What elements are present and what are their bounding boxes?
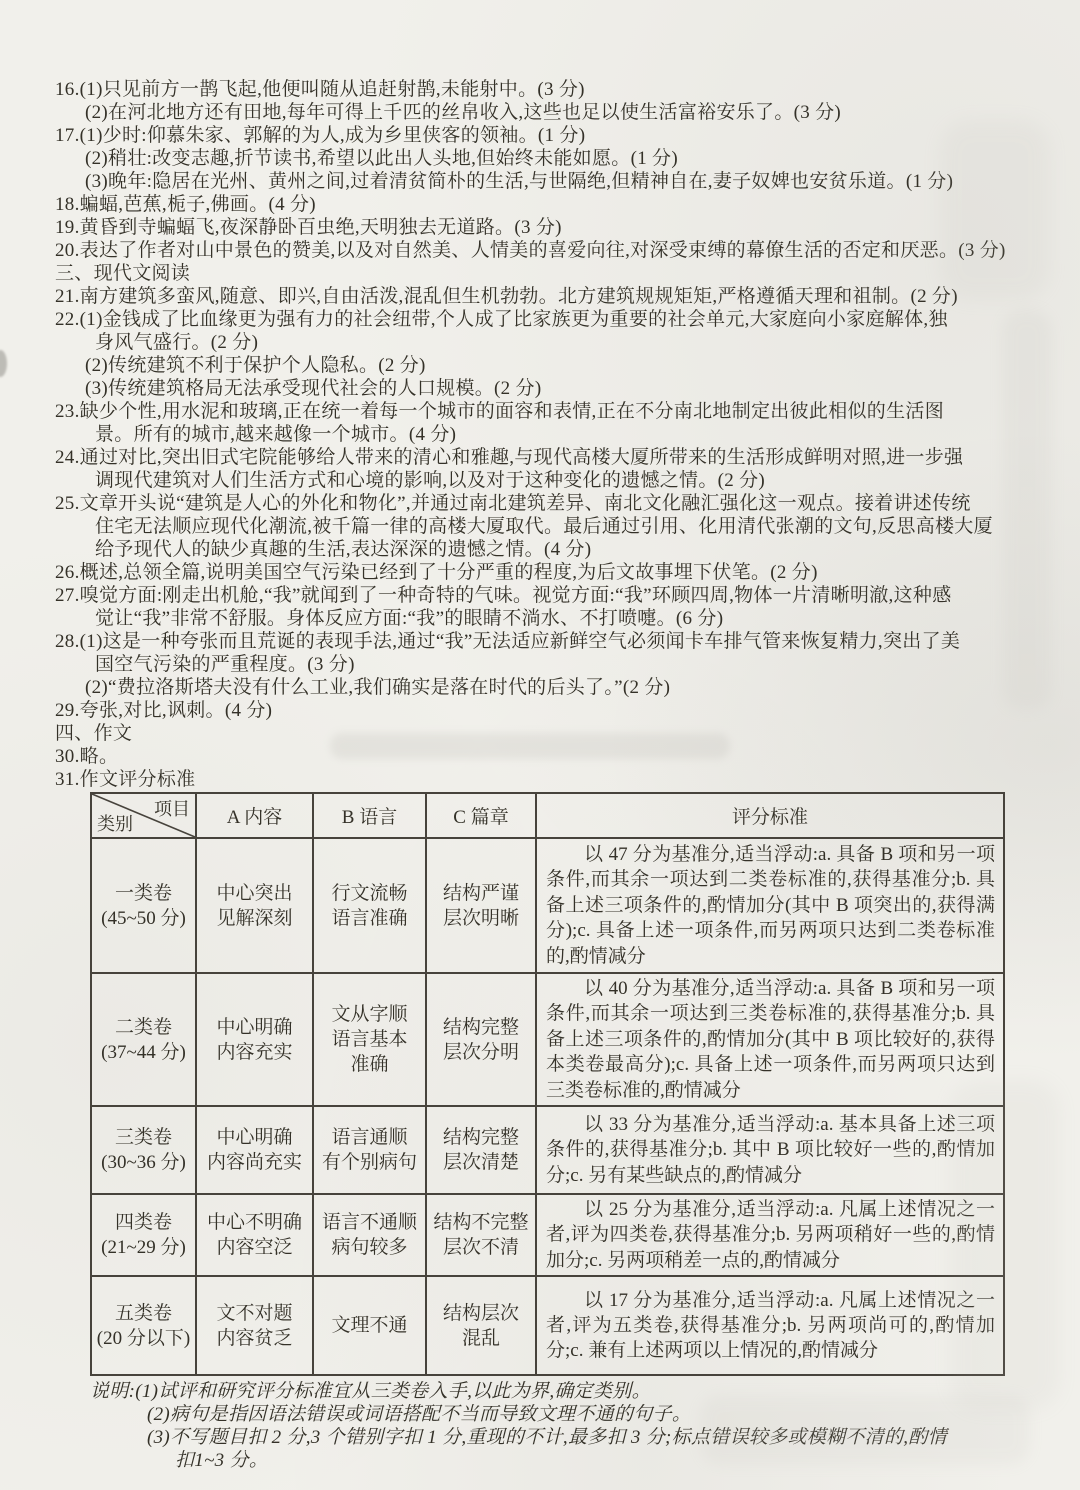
rubric-structure-cell: 结构层次 混乱	[426, 1276, 536, 1375]
table-header-row: 项目 类别 A 内容 B 语言 C 篇章 评分标准	[91, 793, 1004, 838]
rubric-criteria-cell: 以 33 分为基准分,适当浮动:a. 基本具备上述三项条件的,获得基准分;b. …	[536, 1106, 1004, 1194]
answer-line: (3)传统建筑格局无法承受现代社会的人口规模。(2 分)	[55, 377, 1055, 400]
answer-line: 18.蝙蝠,芭蕉,栀子,佛画。(4 分)	[55, 193, 1055, 216]
answer-line: 调现代建筑对人们生活方式和心境的影响,以及对于这种变化的遗憾之情。(2 分)	[55, 469, 1055, 492]
essay-scoring-table: 项目 类别 A 内容 B 语言 C 篇章 评分标准 一类卷 (45~50 分)中…	[90, 792, 1005, 1376]
answer-line: 19.黄昏到寺蝙蝠飞,夜深静卧百虫绝,天明独去无道路。(3 分)	[55, 216, 1055, 239]
scan-artifact	[0, 350, 7, 377]
answer-line: 住宅无法顺应现代化潮流,被千篇一律的高楼大厦取代。最后通过引用、化用清代张潮的文…	[55, 515, 1055, 538]
answer-line: 29.夸张,对比,讽刺。(4 分)	[55, 699, 1055, 722]
rubric-structure-cell: 结构完整 层次分明	[426, 973, 536, 1106]
answer-line: 21.南方建筑多蛮风,随意、即兴,自由活泼,混乱但生机勃勃。北方建筑规规矩矩,严…	[55, 285, 1055, 308]
corner-label-category: 类别	[97, 810, 133, 836]
rubric-row: 三类卷 (30~36 分)中心明确 内容尚充实语言通顺 有个别病句结构完整 层次…	[91, 1106, 1004, 1194]
rubric-row: 五类卷 (20 分以下)文不对题 内容贫乏文理不通结构层次 混乱以 17 分为基…	[91, 1276, 1004, 1375]
answers-section: 16.(1)只见前方一鹊飞起,他便叫随从追赶射鹊,未能射中。(3 分)(2)在河…	[55, 78, 1055, 791]
rubric-row: 一类卷 (45~50 分)中心突出 见解深刻行文流畅 语言准确结构严谨 层次明晰…	[91, 838, 1004, 973]
column-header-content: A 内容	[196, 793, 313, 838]
rubric-category-cell: 三类卷 (30~36 分)	[91, 1106, 196, 1194]
answer-line: (2)“费拉洛斯塔夫没有什么工业,我们确实是落在时代的后头了。”(2 分)	[55, 676, 1055, 699]
rubric-row: 四类卷 (21~29 分)中心不明确 内容空泛语言不通顺 病句较多结构不完整 层…	[91, 1194, 1004, 1276]
answer-line: 觉让“我”非常不舒服。身体反应方面:“我”的眼睛不淌水、不打喷嚏。(6 分)	[55, 607, 1055, 630]
column-header-composition: C 篇章	[426, 793, 536, 838]
note-line: (3)不写题目扣 2 分,3 个错别字扣 1 分,重现的不计,最多扣 3 分;标…	[90, 1426, 1050, 1449]
answer-line: 国空气污染的严重程度。(3 分)	[55, 653, 1055, 676]
scanned-answer-key-page: 16.(1)只见前方一鹊飞起,他便叫随从追赶射鹊,未能射中。(3 分)(2)在河…	[0, 0, 1080, 1490]
rubric-structure-cell: 结构完整 层次清楚	[426, 1106, 536, 1194]
rubric-category-cell: 二类卷 (37~44 分)	[91, 973, 196, 1106]
rubric-language-cell: 行文流畅 语言准确	[313, 838, 426, 973]
answer-line: 20.表达了作者对山中景色的赞美,以及对自然美、人情美的喜爱向往,对深受束缚的幕…	[55, 239, 1055, 262]
answer-line: 27.嗅觉方面:刚走出机舱,“我”就闻到了一种奇特的气味。视觉方面:“我”环顾四…	[55, 584, 1055, 607]
corner-label-project: 项目	[154, 795, 190, 821]
answer-line: 31.作文评分标准	[55, 768, 1055, 791]
answer-line: 26.概述,总领全篇,说明美国空气污染已经到了十分严重的程度,为后文故事埋下伏笔…	[55, 561, 1055, 584]
rubric-language-cell: 文从字顺 语言基本 准确	[313, 973, 426, 1106]
answer-line: 16.(1)只见前方一鹊飞起,他便叫随从追赶射鹊,未能射中。(3 分)	[55, 78, 1055, 101]
rubric-language-cell: 语言不通顺 病句较多	[313, 1194, 426, 1276]
column-header-language: B 语言	[313, 793, 426, 838]
answer-line: 四、作文	[55, 722, 1055, 745]
rubric-criteria-text: 以 17 分为基准分,适当浮动:a. 凡属上述情况之一者,评为五类卷,获得基准分…	[537, 1286, 1003, 1366]
answer-line: 景。所有的城市,越来越像一个城市。(4 分)	[55, 423, 1055, 446]
rubric-criteria-text: 以 33 分为基准分,适当浮动:a. 基本具备上述三项条件的,获得基准分;b. …	[537, 1110, 1003, 1190]
rubric-criteria-cell: 以 40 分为基准分,适当浮动:a. 具备 B 项和另一项条件,而其余一项达到三…	[536, 973, 1004, 1106]
rubric-row: 二类卷 (37~44 分)中心明确 内容充实文从字顺 语言基本 准确结构完整 层…	[91, 973, 1004, 1106]
rubric-content-cell: 中心不明确 内容空泛	[196, 1194, 313, 1276]
table-corner-cell: 项目 类别	[91, 793, 196, 838]
rubric-language-cell: 语言通顺 有个别病句	[313, 1106, 426, 1194]
answer-line: 30.略。	[55, 745, 1055, 768]
notes-section: 说明:(1)试评和研究评分标准宜从三类卷入手,以此为界,确定类别。(2)病句是指…	[90, 1380, 1050, 1472]
note-line: (2)病句是指因语法错误或词语搭配不当而导致文理不通的句子。	[90, 1403, 1050, 1426]
answer-line: 28.(1)这是一种夸张而且荒诞的表现手法,通过“我”无法适应新鲜空气必须闻卡车…	[55, 630, 1055, 653]
answer-line: 17.(1)少时:仰慕朱家、郭解的为人,成为乡里侠客的领袖。(1 分)	[55, 124, 1055, 147]
note-line: 扣1~3 分。	[90, 1449, 1050, 1472]
rubric-criteria-cell: 以 47 分为基准分,适当浮动:a. 具备 B 项和另一项条件,而其余一项达到二…	[536, 838, 1004, 973]
answer-line: 25.文章开头说“建筑是人心的外化和物化”,并通过南北建筑差异、南北文化融汇强化…	[55, 492, 1055, 515]
rubric-category-cell: 一类卷 (45~50 分)	[91, 838, 196, 973]
rubric-criteria-text: 以 40 分为基准分,适当浮动:a. 具备 B 项和另一项条件,而其余一项达到三…	[537, 974, 1003, 1105]
answer-line: (2)传统建筑不利于保护个人隐私。(2 分)	[55, 354, 1055, 377]
rubric-content-cell: 中心突出 见解深刻	[196, 838, 313, 973]
rubric-content-cell: 中心明确 内容尚充实	[196, 1106, 313, 1194]
answer-line: 22.(1)金钱成了比血缘更为强有力的社会纽带,个人成了比家族更为重要的社会单元…	[55, 308, 1055, 331]
answer-line: 23.缺少个性,用水泥和玻璃,正在统一着每一个城市的面容和表情,正在不分南北地制…	[55, 400, 1055, 423]
rubric-criteria-cell: 以 17 分为基准分,适当浮动:a. 凡属上述情况之一者,评为五类卷,获得基准分…	[536, 1276, 1004, 1375]
rubric-content-cell: 中心明确 内容充实	[196, 973, 313, 1106]
note-line: 说明:(1)试评和研究评分标准宜从三类卷入手,以此为界,确定类别。	[90, 1380, 1050, 1403]
rubric-category-cell: 五类卷 (20 分以下)	[91, 1276, 196, 1375]
answer-line: (2)在河北地方还有田地,每年可得上千匹的丝帛收入,这些也足以使生活富裕安乐了。…	[55, 101, 1055, 124]
rubric-criteria-text: 以 47 分为基准分,适当浮动:a. 具备 B 项和另一项条件,而其余一项达到二…	[537, 840, 1003, 971]
answer-line: (2)稍壮:改变志趣,折节读书,希望以此出人头地,但始终未能如愿。(1 分)	[55, 147, 1055, 170]
answer-line: 给予现代人的缺少真趣的生活,表达深深的遗憾之情。(4 分)	[55, 538, 1055, 561]
rubric-content-cell: 文不对题 内容贫乏	[196, 1276, 313, 1375]
answer-line: 身风气盛行。(2 分)	[55, 331, 1055, 354]
rubric-criteria-cell: 以 25 分为基准分,适当浮动:a. 凡属上述情况之一者,评为四类卷,获得基准分…	[536, 1194, 1004, 1276]
rubric-structure-cell: 结构不完整 层次不清	[426, 1194, 536, 1276]
rubric-language-cell: 文理不通	[313, 1276, 426, 1375]
rubric-criteria-text: 以 25 分为基准分,适当浮动:a. 凡属上述情况之一者,评为四类卷,获得基准分…	[537, 1195, 1003, 1275]
column-header-criteria: 评分标准	[536, 793, 1004, 838]
answer-line: 24.通过对比,突出旧式宅院能够给人带来的清心和雅趣,与现代高楼大厦所带来的生活…	[55, 446, 1055, 469]
rubric-structure-cell: 结构严谨 层次明晰	[426, 838, 536, 973]
rubric-category-cell: 四类卷 (21~29 分)	[91, 1194, 196, 1276]
answer-line: 三、现代文阅读	[55, 262, 1055, 285]
answer-line: (3)晚年:隐居在光州、黄州之间,过着清贫简朴的生活,与世隔绝,但精神自在,妻子…	[55, 170, 1055, 193]
